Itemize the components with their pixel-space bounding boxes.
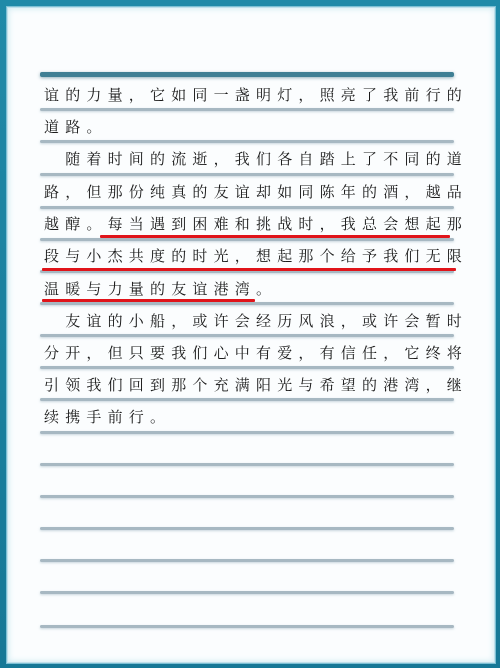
text-line: 引领我们回到那个充满阳光与希望的港湾，继 bbox=[44, 373, 456, 397]
rule-line bbox=[40, 625, 454, 628]
rule-line bbox=[40, 431, 454, 434]
text-line: 谊的力量，它如同一盏明灯，照亮了我前行的 bbox=[44, 83, 456, 107]
rule-line bbox=[40, 495, 454, 498]
text-line: 段与小杰共度的时光，想起那个给予我们无限 bbox=[44, 244, 456, 268]
rule-line bbox=[40, 591, 454, 594]
text-line: 友谊的小船，或许会经历风浪，或许会暂时 bbox=[44, 309, 456, 333]
rule-line bbox=[40, 559, 454, 562]
red-underline bbox=[100, 235, 450, 238]
rule-line bbox=[40, 206, 454, 209]
top-rule bbox=[40, 72, 454, 77]
rule-line bbox=[40, 238, 454, 241]
text-line: 续携手前行。 bbox=[44, 405, 456, 429]
red-underline bbox=[42, 268, 456, 271]
rule-line bbox=[40, 140, 454, 143]
text-line: 温暖与力量的友谊港湾。 bbox=[44, 277, 456, 301]
rule-line bbox=[40, 334, 454, 337]
text-line: 道路。 bbox=[44, 115, 456, 139]
rule-line bbox=[40, 527, 454, 530]
text-line: 越醇。每当遇到困难和挑战时，我总会想起那 bbox=[44, 212, 456, 236]
rule-line bbox=[40, 302, 454, 305]
rule-line bbox=[40, 398, 454, 401]
text-line: 随着时间的流逝，我们各自踏上了不同的道 bbox=[44, 147, 456, 171]
rule-line bbox=[40, 463, 454, 466]
rule-line bbox=[40, 108, 454, 111]
red-underline bbox=[42, 299, 255, 302]
rule-line bbox=[40, 173, 454, 176]
rule-line bbox=[40, 366, 454, 369]
text-line: 分开，但只要我们心中有爱，有信任，它终将 bbox=[44, 341, 456, 365]
text-line: 路，但那份纯真的友谊却如同陈年的酒，越品 bbox=[44, 180, 456, 204]
